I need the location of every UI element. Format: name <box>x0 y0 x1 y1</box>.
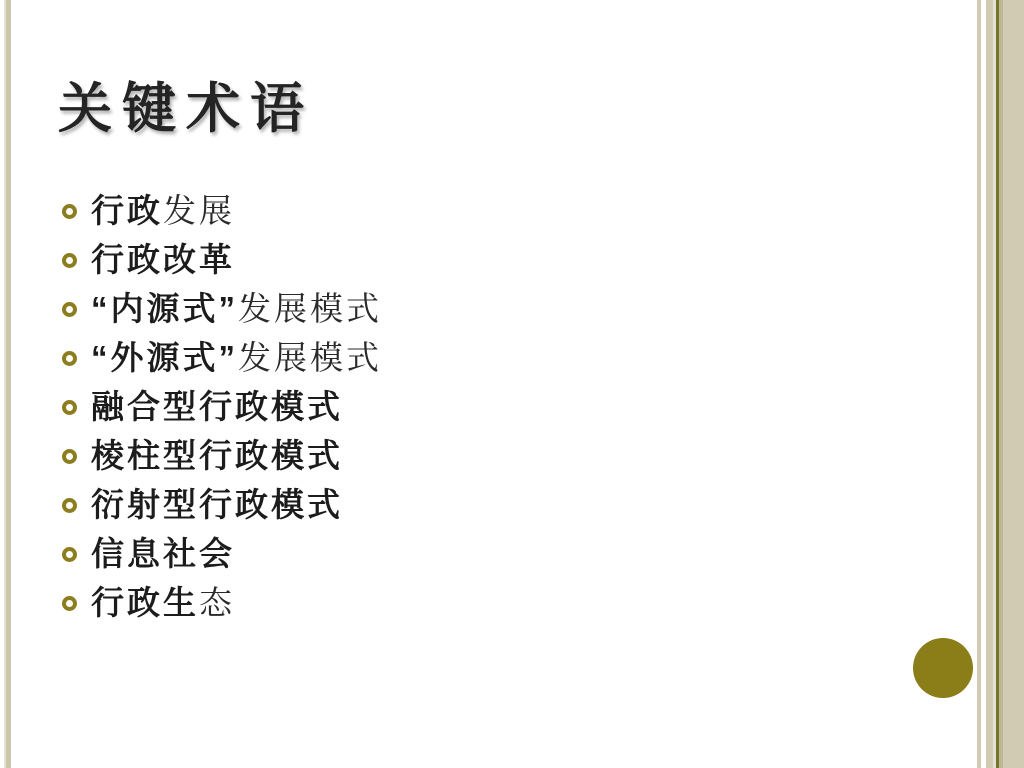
text-run: 信息社会 <box>91 535 235 572</box>
text-run: “外源式” <box>91 339 238 376</box>
text-run: 行政 <box>91 192 163 229</box>
text-run: 态 <box>199 584 235 621</box>
slide-title: 关键术语 <box>58 74 314 144</box>
left-edge-stripe-dark <box>6 0 11 768</box>
bullet-ring-icon <box>62 302 77 317</box>
term-text: “内源式”发展模式 <box>91 292 382 325</box>
text-run: 发展模式 <box>238 290 382 327</box>
list-item: “内源式”发展模式 <box>62 284 382 333</box>
accent-circle <box>913 638 973 698</box>
term-list: 行政发展行政改革“内源式”发展模式“外源式”发展模式融合型行政模式棱柱型行政模式… <box>62 186 382 627</box>
bullet-ring-icon <box>62 204 77 219</box>
text-run: 衍射型行政模式 <box>91 486 343 523</box>
text-run: 融合型行政模式 <box>91 388 343 425</box>
text-run: 棱柱型行政模式 <box>91 437 343 474</box>
term-text: 行政生态 <box>91 586 235 619</box>
bullet-ring-icon <box>62 498 77 513</box>
term-text: 信息社会 <box>91 537 235 570</box>
term-text: 融合型行政模式 <box>91 390 343 423</box>
term-text: 行政改革 <box>91 243 235 276</box>
bullet-ring-icon <box>62 253 77 268</box>
term-text: 行政发展 <box>91 194 235 227</box>
list-item: 衍射型行政模式 <box>62 480 382 529</box>
list-item: 行政生态 <box>62 578 382 627</box>
bullet-ring-icon <box>62 400 77 415</box>
term-text: “外源式”发展模式 <box>91 341 382 374</box>
bullet-ring-icon <box>62 351 77 366</box>
term-text: 棱柱型行政模式 <box>91 439 343 472</box>
text-run: “内源式” <box>91 290 238 327</box>
list-item: 信息社会 <box>62 529 382 578</box>
bullet-ring-icon <box>62 596 77 611</box>
right-band-shade-line <box>999 0 1003 768</box>
list-item: 棱柱型行政模式 <box>62 431 382 480</box>
list-item: 融合型行政模式 <box>62 382 382 431</box>
slide: 关键术语 行政发展行政改革“内源式”发展模式“外源式”发展模式融合型行政模式棱柱… <box>0 0 1024 768</box>
text-run: 行政改革 <box>91 241 235 278</box>
right-edge-band <box>986 0 1024 768</box>
list-item: 行政改革 <box>62 235 382 284</box>
text-run: 发展 <box>163 192 235 229</box>
text-run: 发展模式 <box>238 339 382 376</box>
term-text: 衍射型行政模式 <box>91 488 343 521</box>
right-edge-thin-stripe <box>977 0 981 768</box>
bullet-ring-icon <box>62 449 77 464</box>
text-run: 行政生 <box>91 584 199 621</box>
bullet-ring-icon <box>62 547 77 562</box>
list-item: 行政发展 <box>62 186 382 235</box>
list-item: “外源式”发展模式 <box>62 333 382 382</box>
